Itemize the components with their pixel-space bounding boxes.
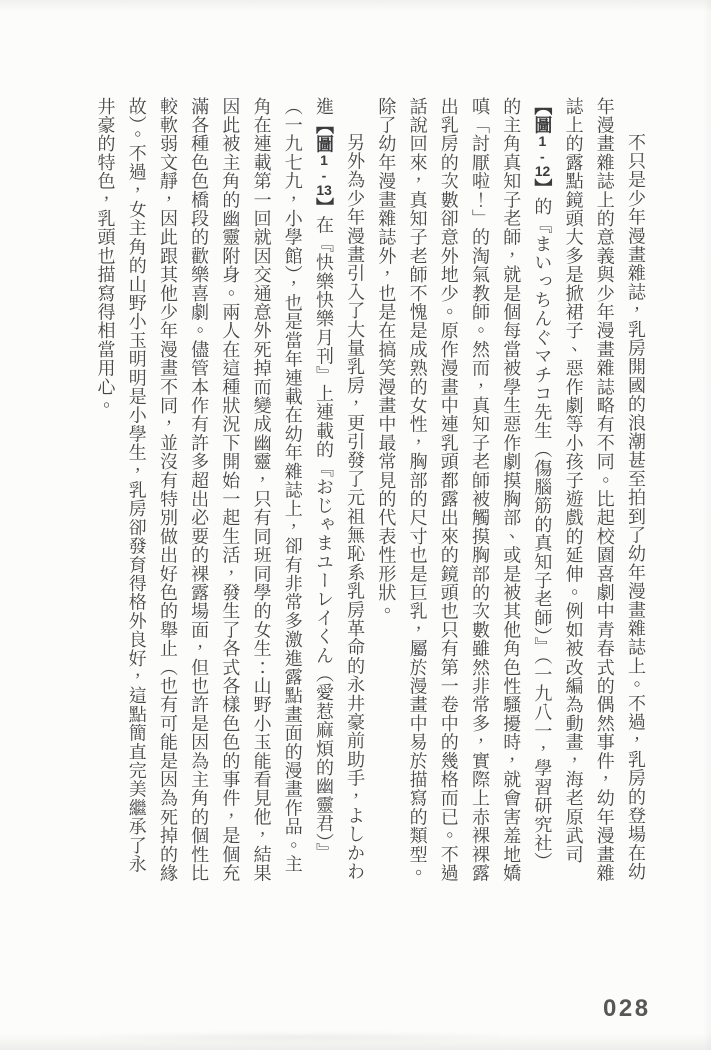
paragraph-2: 另外為少年漫畫引入了大量乳房，更引發了元祖無恥系乳房革命的永井豪前助手，よしかわ… (89, 97, 370, 889)
scan-edge-shading-bottom (0, 1034, 711, 1050)
paragraph-1: 不只是少年漫畫雜誌，乳房開國的浪潮甚至拍到了幼年漫畫雜誌上。不過，乳房的登場在幼… (370, 97, 651, 889)
book-page: 不只是少年漫畫雜誌，乳房開國的浪潮甚至拍到了幼年漫畫雜誌上。不過，乳房的登場在幼… (0, 0, 711, 1050)
figure-ref: 【圖1-12】 (532, 97, 552, 197)
scan-edge-shading-top (0, 0, 711, 12)
body-text: 不只是少年漫畫雜誌，乳房開國的浪潮甚至拍到了幼年漫畫雜誌上。不過，乳房的登場在幼… (88, 97, 651, 889)
scan-edge-shading-right (703, 0, 711, 1050)
scan-smudge (60, 1032, 540, 1042)
figure-ref: 【圖1-13】 (314, 116, 334, 216)
page-number: 028 (603, 995, 651, 1023)
